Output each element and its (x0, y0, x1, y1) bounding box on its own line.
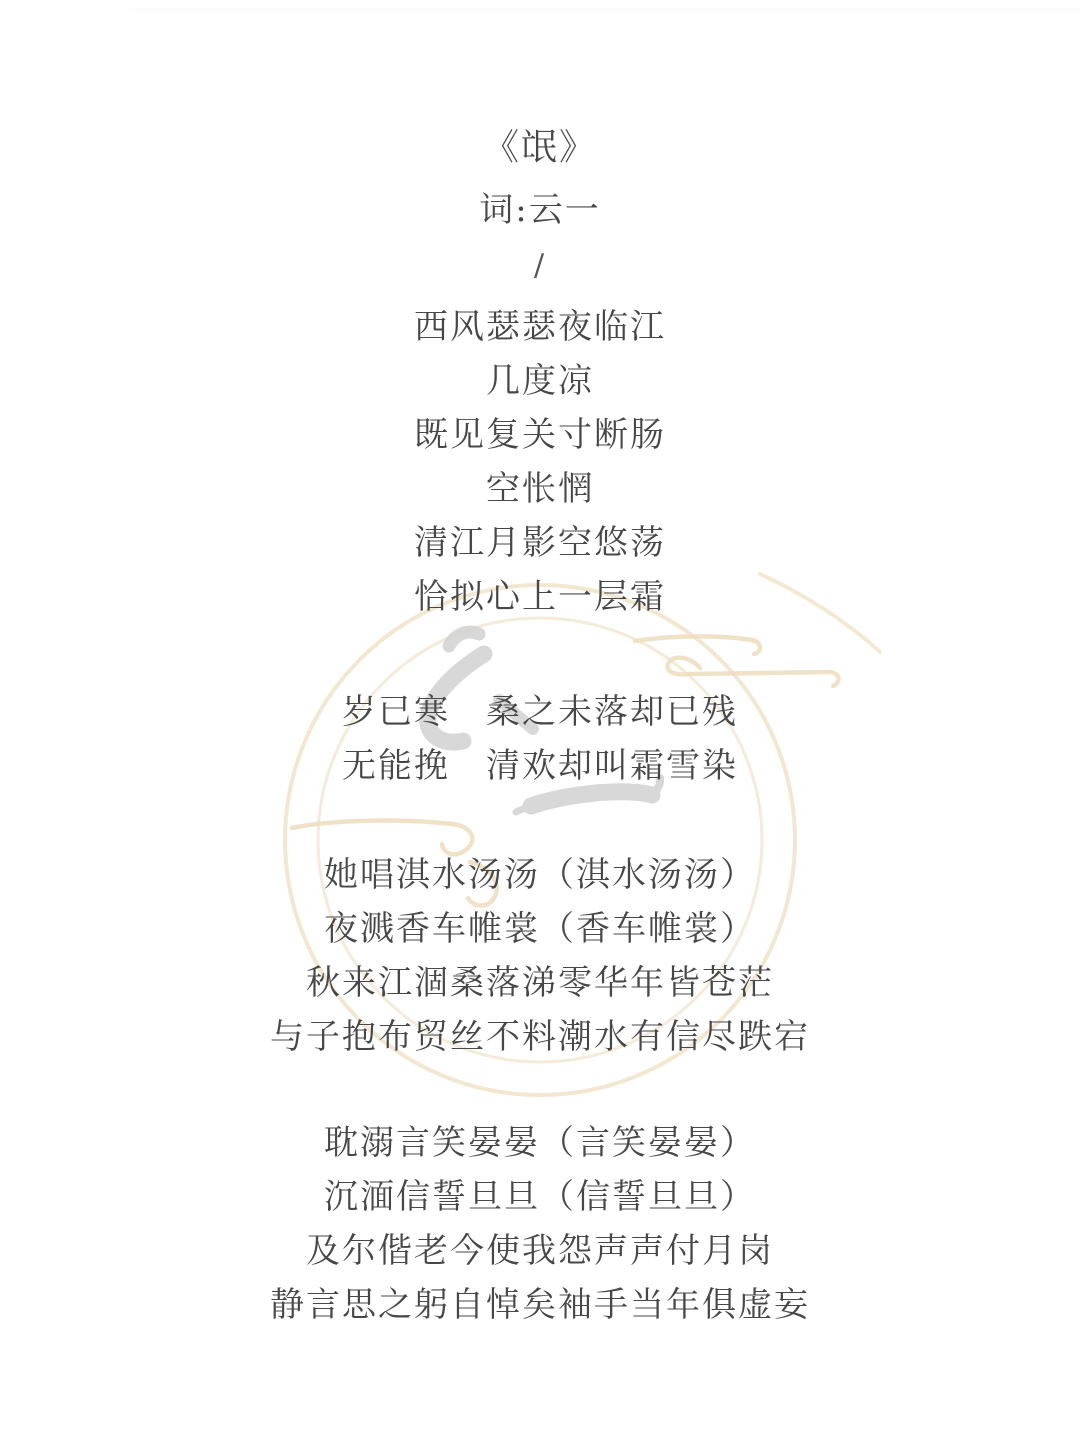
lyric-line: 既见复关寸断肠 (0, 408, 1080, 462)
lyric-line: 无能挽 清欢却叫霜雪染 (0, 739, 1080, 793)
separator-slash: / (0, 239, 1080, 293)
lyric-line: 沉湎信誓旦旦（信誓旦旦） (0, 1170, 1080, 1224)
lyric-line: 静言思之躬自悼矣袖手当年俱虚妄 (0, 1278, 1080, 1332)
lyric-line: 西风瑟瑟夜临江 (0, 300, 1080, 354)
lyric-line: 空怅惘 (0, 462, 1080, 516)
lyric-line: 及尔偕老今使我怨声声付月岗 (0, 1224, 1080, 1278)
lyric-line: 岁已寒 桑之未落却已残 (0, 685, 1080, 739)
lyric-line: 几度凉 (0, 354, 1080, 408)
lyric-line: 秋来江涸桑落涕零华年皆苍茫 (0, 956, 1080, 1010)
lyric-line: 恰拟心上一层霜 (0, 570, 1080, 624)
page-title: 《氓》 (0, 121, 1080, 175)
stanza-3: 她唱淇水汤汤（淇水汤汤） 夜溅香车帷裳（香车帷裳） 秋来江涸桑落涕零华年皆苍茫 … (0, 848, 1080, 1064)
lyric-line: 她唱淇水汤汤（淇水汤汤） (0, 848, 1080, 902)
stanza-4: 耽溺言笑晏晏（言笑晏晏） 沉湎信誓旦旦（信誓旦旦） 及尔偕老今使我怨声声付月岗 … (0, 1116, 1080, 1332)
lyric-line: 耽溺言笑晏晏（言笑晏晏） (0, 1116, 1080, 1170)
lyric-line: 夜溅香车帷裳（香车帷裳） (0, 902, 1080, 956)
lyric-line: 与子抱布贸丝不料潮水有信尽跌宕 (0, 1010, 1080, 1064)
stanza-2: 岁已寒 桑之未落却已残 无能挽 清欢却叫霜雪染 (0, 685, 1080, 793)
lyric-line: 清江月影空悠荡 (0, 516, 1080, 570)
lyrics-content: 《氓》 词:云一 / 西风瑟瑟夜临江 几度凉 既见复关寸断肠 空怅惘 清江月影空… (0, 0, 1080, 1440)
credit-line: 词:云一 (0, 183, 1080, 237)
stanza-1: 西风瑟瑟夜临江 几度凉 既见复关寸断肠 空怅惘 清江月影空悠荡 恰拟心上一层霜 (0, 300, 1080, 624)
lyrics-page: 《氓》 词:云一 / 西风瑟瑟夜临江 几度凉 既见复关寸断肠 空怅惘 清江月影空… (0, 0, 1080, 1440)
